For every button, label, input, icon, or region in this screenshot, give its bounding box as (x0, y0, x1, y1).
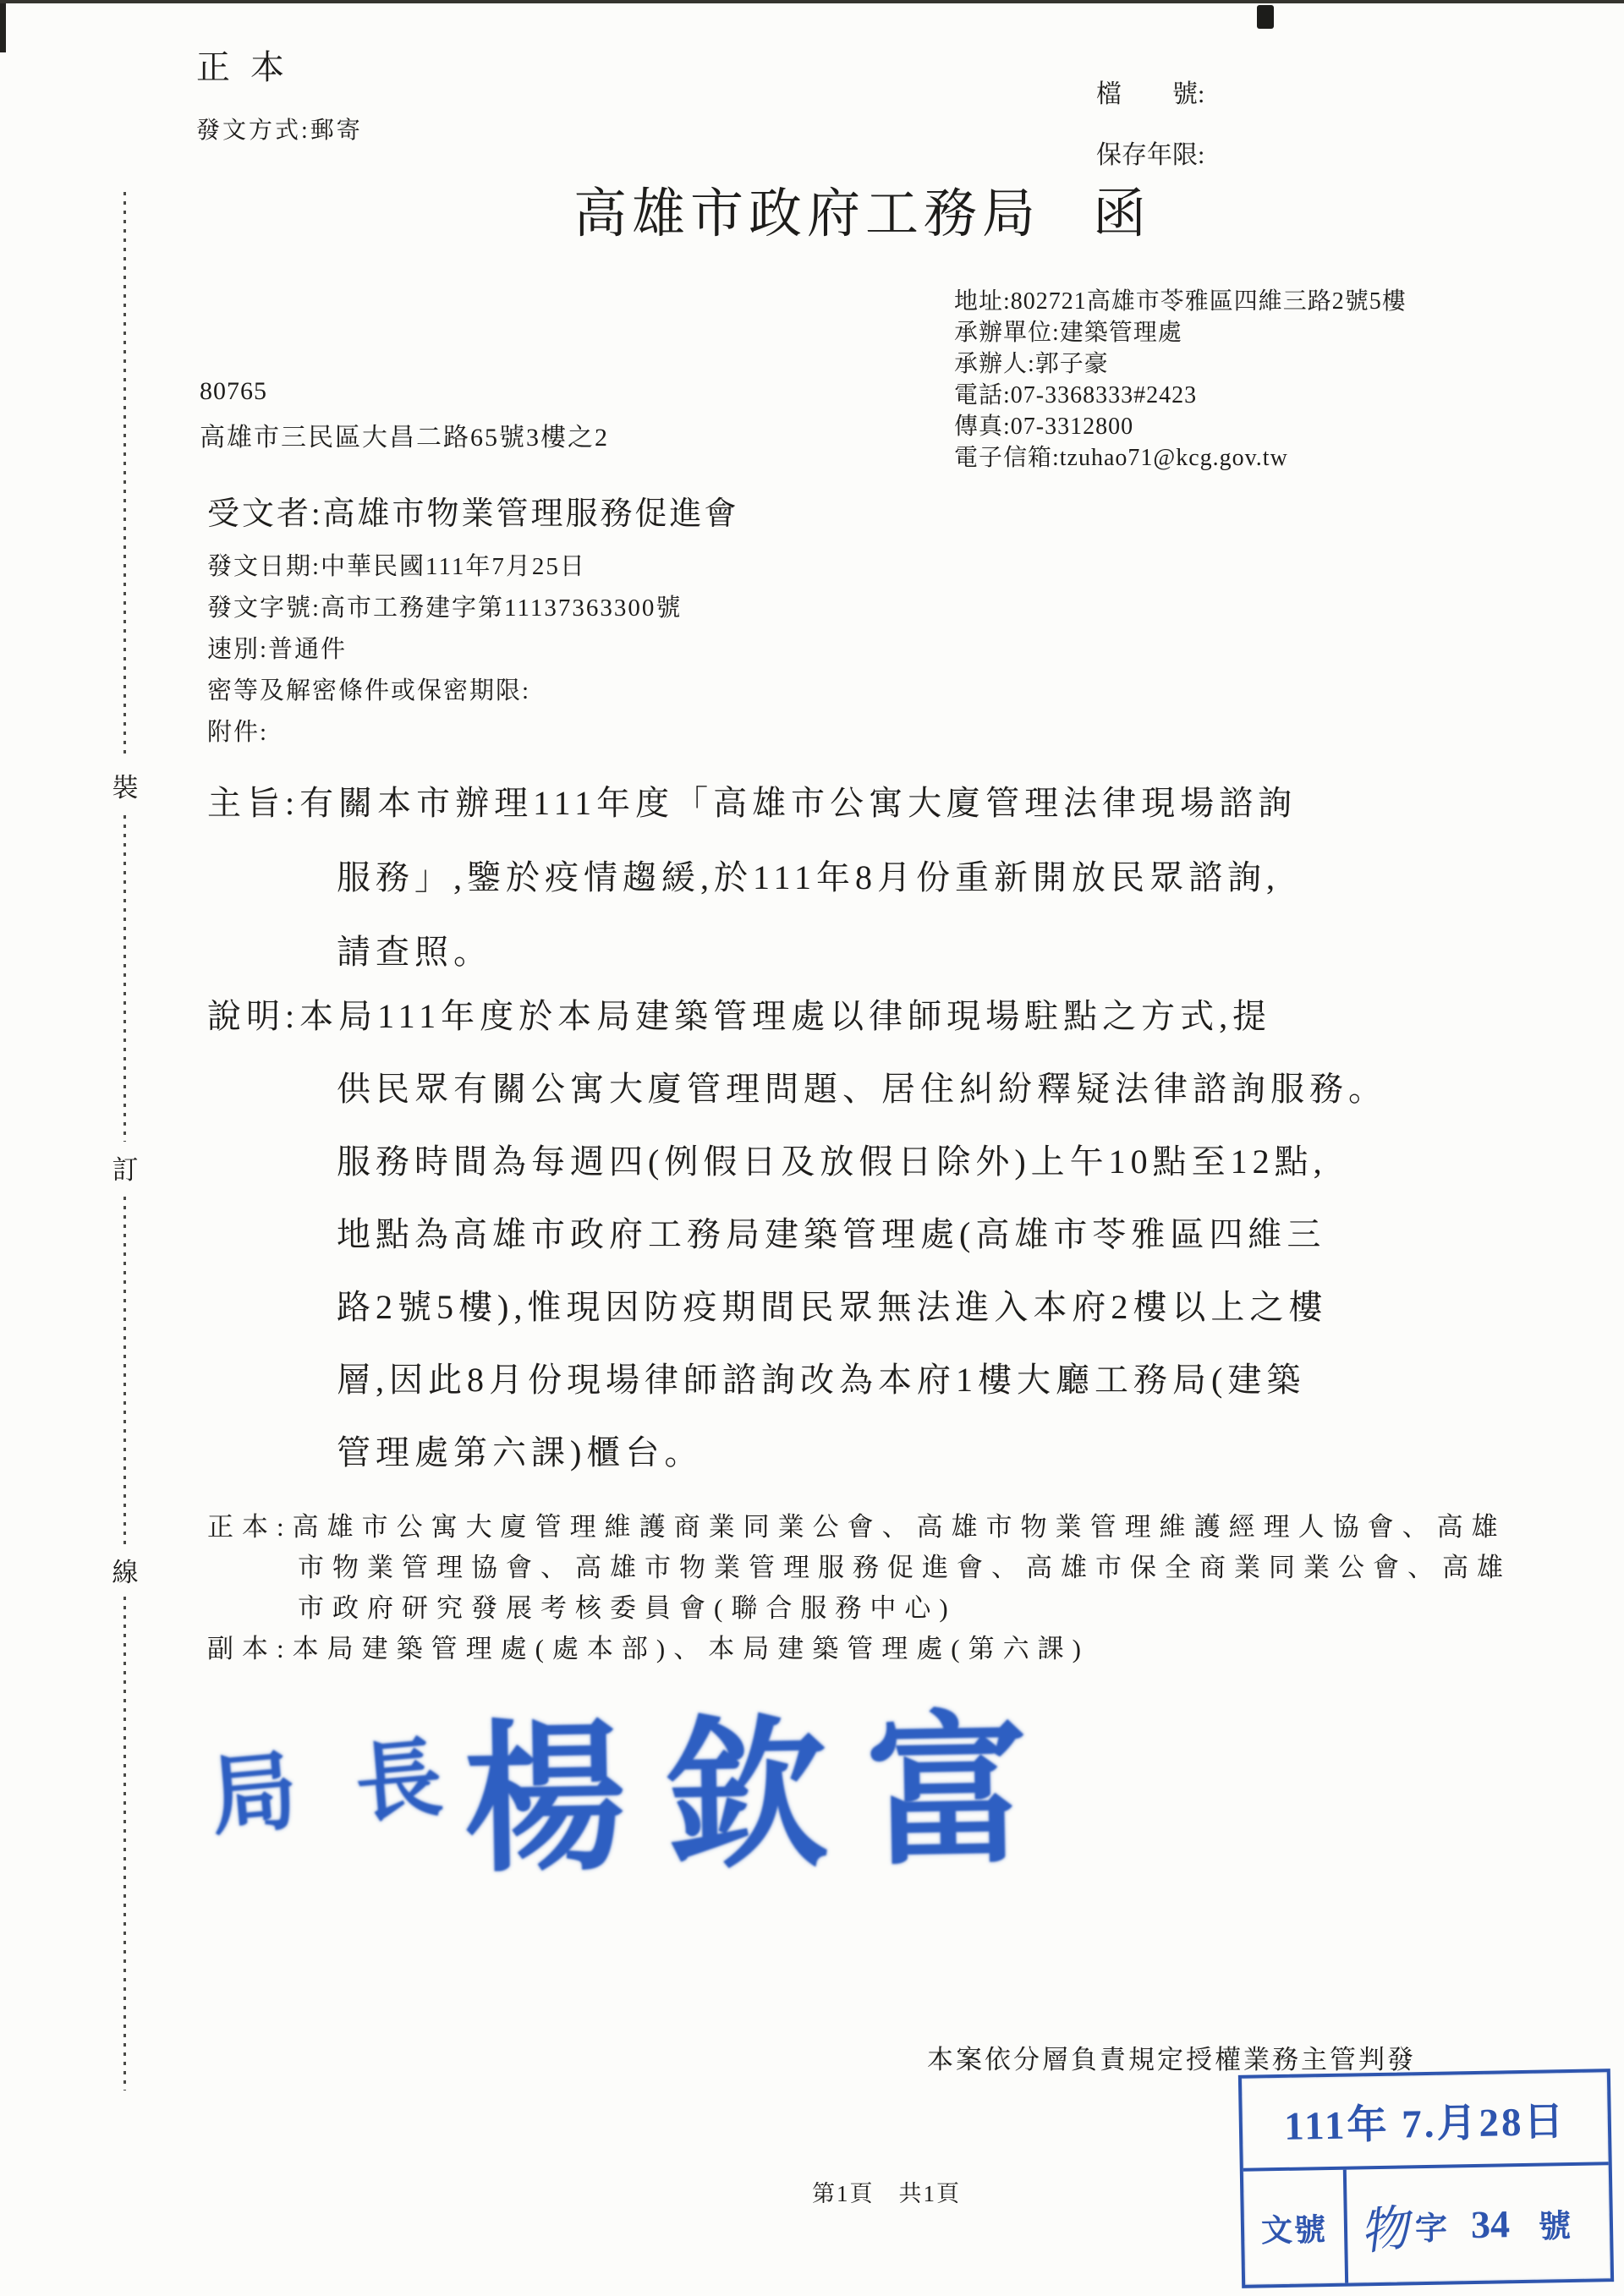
director-title-stamp: 局長 (205, 1704, 505, 1852)
document-meta-fields: 發文日期:中華民國111年7月25日 發文字號:高市工務建字第111373633… (207, 546, 682, 753)
subject-line: 主旨:有關本市辦理111年度「高雄市公寓大廈管理法律現場諮詢 (207, 776, 1297, 825)
scan-edge-artifact (0, 0, 1624, 3)
recipient-street-address: 高雄市三民區大昌二路65號3樓之2 (200, 416, 609, 453)
description-line: 路2號5樓),惟現因防疫期間民眾無法進入本府2樓以上之樓 (337, 1280, 1327, 1329)
issue-number: 發文字號:高市工務建字第11137363300號 (207, 588, 682, 629)
recipient-line: 受文者:高雄市物業管理服務促進會 (207, 487, 739, 534)
stamp-docno-label: 文號 (1243, 2170, 1348, 2285)
issuing-agency: 高雄市政府工務局 (573, 184, 1040, 244)
director-signature: 楊欽富 (462, 1659, 1070, 1903)
delivery-method: 發文方式:郵寄 (196, 112, 363, 145)
original-recipients-line: 市物業管理協會、高雄市物業管理服務促進會、高雄市保全商業同業公會、高雄 (298, 1546, 1512, 1584)
binding-char-ding: 訂 (107, 1142, 144, 1193)
scan-ink-blob-artifact (1257, 5, 1274, 29)
stamp-docno-middle: 字 (1414, 2201, 1447, 2249)
original-recipients-line: 市政府研究發展考核委員會(聯合服務中心) (298, 1586, 957, 1625)
copy-type-label: 正本 (196, 41, 304, 89)
recipient-zip: 80765 (200, 377, 267, 406)
email: 電子信箱:tzuhao71@kcg.gov.tw (954, 442, 1407, 474)
subject-line: 請查照。 (337, 925, 492, 973)
stamp-docno-number: 34 (1471, 2201, 1511, 2247)
security-classification: 密等及解密條件或保密期限: (207, 671, 682, 712)
attachment: 附件: (207, 712, 682, 753)
agency-contact-block: 地址:802721高雄市苓雅區四維三路2號5樓 承辦單位:建築管理處 承辦人:郭… (954, 286, 1407, 474)
original-recipients-line: 正本:高雄市公寓大廈管理維護商業同業公會、高雄市物業管理維護經理人協會、高雄 (207, 1505, 1506, 1543)
description-line: 說明:本局111年度於本局建築管理處以律師現場駐點之方式,提 (207, 989, 1271, 1038)
authorization-note: 本案依分層負責規定授權業務主管判發 (927, 2038, 1416, 2076)
binding-char-zhuang: 裝 (107, 759, 144, 811)
priority: 速別:普通件 (207, 629, 682, 671)
page-number: 第1頁 共1頁 (812, 2175, 961, 2208)
description-line: 服務時間為每週四(例假日及放假日除外)上午10點至12點, (337, 1135, 1327, 1183)
stamp-docno-handwritten-prefix: 物 (1355, 2188, 1413, 2264)
scanned-official-letter: 裝 訂 線 正本 發文方式:郵寄 檔 號: 保存年限: 高雄市政府工務局函 地址… (0, 0, 1624, 2296)
issue-date: 發文日期:中華民國111年7月25日 (207, 546, 682, 588)
agency-address: 地址:802721高雄市苓雅區四維三路2號5樓 (954, 286, 1407, 317)
phone: 電話:07-3368333#2423 (954, 380, 1407, 411)
document-title: 高雄市政府工務局函 (573, 171, 1151, 248)
received-date-stamp: 111年 7.月28日 文號 物 字 34 號 (1238, 2069, 1614, 2288)
cc-recipients-line: 副本:本局建築管理處(處本部)、本局建築管理處(第六課) (207, 1627, 1089, 1665)
handling-person: 承辦人:郭子豪 (954, 348, 1407, 380)
handling-unit: 承辦單位:建築管理處 (954, 317, 1407, 348)
stamp-docno-suffix: 號 (1538, 2200, 1571, 2247)
scan-left-edge-artifact (0, 3, 6, 52)
document-type: 函 (1093, 184, 1151, 244)
stamp-docno-value: 物 字 34 號 (1347, 2165, 1610, 2282)
file-number-label: 檔 號: (1096, 73, 1204, 110)
description-line: 供民眾有關公寓大廈管理問題、居住糾紛釋疑法律諮詢服務。 (337, 1062, 1387, 1110)
fax: 傳真:07-3312800 (954, 411, 1407, 442)
description-line: 管理處第六課)櫃台。 (337, 1426, 703, 1474)
stamp-date: 111年 7.月28日 (1242, 2072, 1609, 2172)
retention-period-label: 保存年限: (1096, 134, 1204, 171)
subject-line: 服務」,鑒於疫情趨緩,於111年8月份重新開放民眾諮詢, (337, 851, 1280, 899)
stamp-docno-row: 文號 物 字 34 號 (1243, 2165, 1610, 2285)
binding-char-xian: 線 (107, 1544, 144, 1596)
description-line: 層,因此8月份現場律師諮詢改為本府1樓大廳工務局(建築 (337, 1353, 1305, 1401)
description-line: 地點為高雄市政府工務局建築管理處(高雄市苓雅區四維三 (337, 1208, 1325, 1256)
